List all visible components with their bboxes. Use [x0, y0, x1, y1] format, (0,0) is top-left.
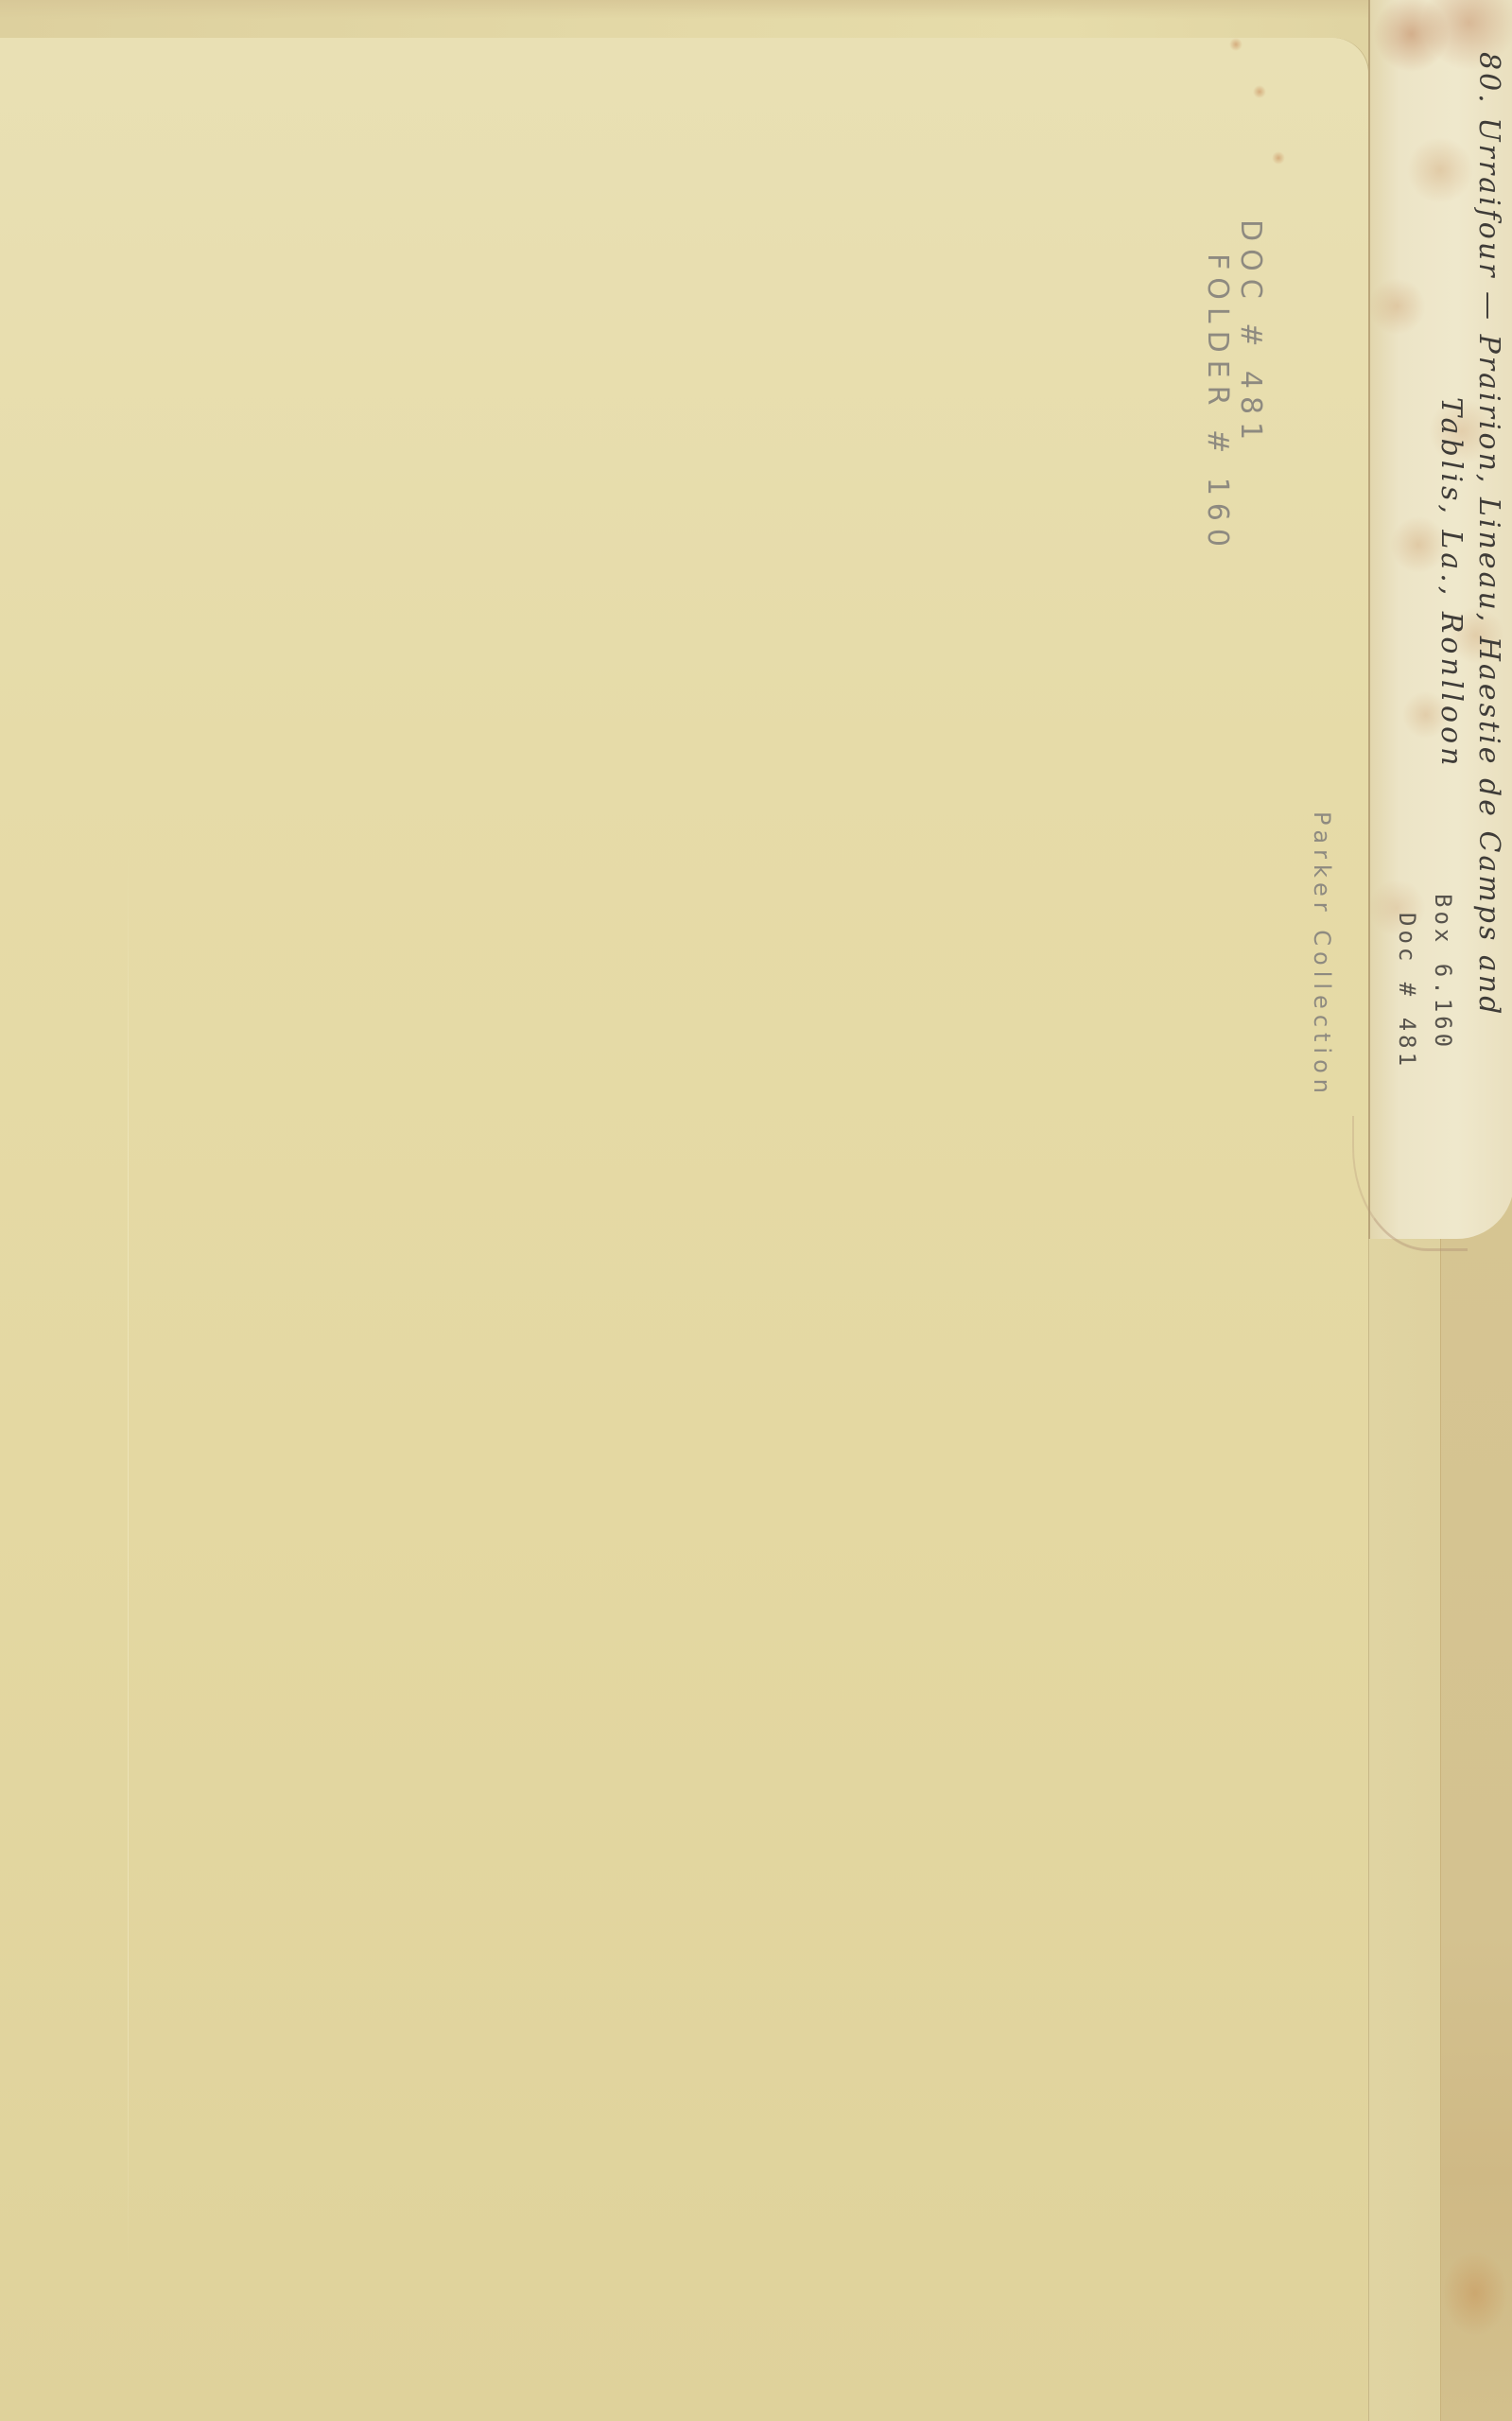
doc-number-label: DOC # 481 — [1234, 219, 1267, 447]
rear-folder-strip — [1440, 1192, 1512, 2421]
top-shadow — [0, 0, 1512, 19]
folder-crease — [128, 851, 129, 2270]
stain-spot — [1272, 151, 1285, 165]
collection-label: Parker Collection — [1309, 811, 1335, 1099]
stain-spot — [1253, 85, 1266, 98]
stain — [1442, 2251, 1508, 2336]
tab-label-doc-number: Doc # 481 — [1394, 913, 1420, 1070]
tab-label-box-number: Box 6.160 — [1430, 894, 1456, 1051]
tab-label-line-1: 80. Urraifour — Prairion, Lineau, Haesti… — [1472, 52, 1505, 1017]
folder-number-label: FOLDER # 160 — [1201, 253, 1234, 554]
folder-front-panel — [0, 38, 1368, 2421]
stain-spot — [1229, 38, 1243, 51]
tab-label-line-2: Tablis, La., Ronlloon — [1434, 397, 1468, 769]
